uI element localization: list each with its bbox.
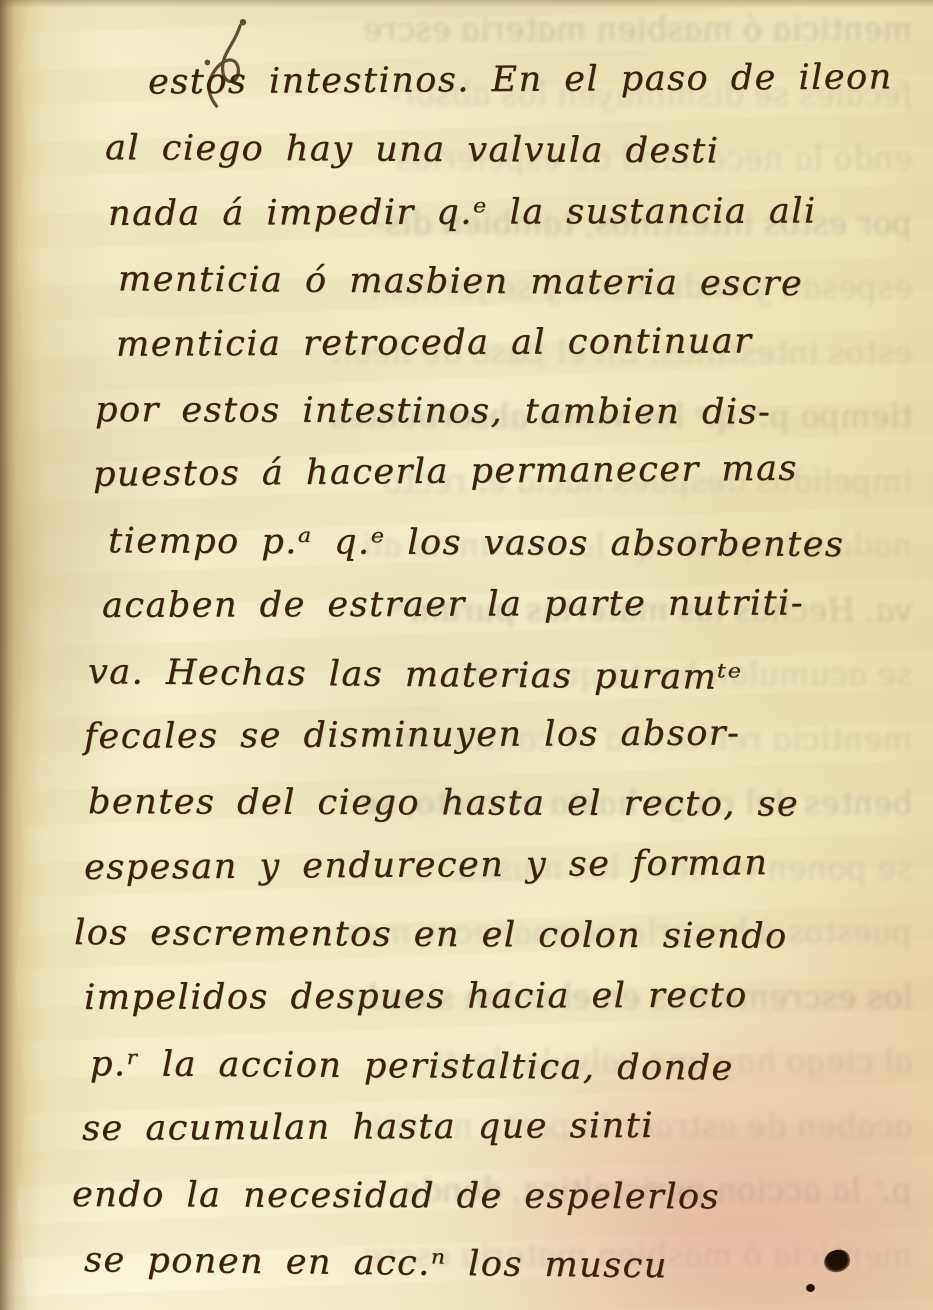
manuscript-text-block: estos intestinos. En el paso de ileon al… [70, 50, 913, 1292]
manuscript-line: los escrementos en el colon siendo [70, 900, 913, 970]
manuscript-line: acaben de estraer la parte nutriti- [70, 570, 913, 638]
manuscript-line: menticia retroceda al continuar [70, 307, 913, 377]
manuscript-line: se ponen en acc.ⁿ los muscu [70, 1227, 914, 1301]
manuscript-line: tiempo p.ᵃ q.ᵉ los vasos absorbentes [70, 508, 913, 578]
manuscript-page: menticia ó masbien materia escrefecales … [0, 0, 933, 1310]
top-edge-shadow [0, 0, 933, 8]
manuscript-line: al ciego hay una valvula desti [70, 115, 913, 185]
ghost-line: menticia ó masbien materia escre [27, 10, 915, 48]
ink-blot-dot-icon [806, 1284, 815, 1292]
manuscript-line: menticia ó masbien materia escre [70, 246, 913, 317]
manuscript-line: nada á impedir q.ᵉ la sustancia ali [70, 178, 913, 246]
manuscript-line: puestos á hacerla permanecer mas [70, 435, 914, 508]
manuscript-line: endo la necesidad de espelerlos [70, 1162, 913, 1230]
manuscript-line: estos intestinos. En el paso de ileon [70, 44, 913, 115]
torn-left-edge [0, 0, 30, 1310]
manuscript-line: impelidos despues hacia el recto [70, 963, 913, 1031]
manuscript-line: espesan y endurecen y se forman [70, 829, 913, 900]
manuscript-line: se acumulan hasta que sinti [70, 1092, 913, 1162]
manuscript-line: fecales se disminuyen los absor- [70, 699, 913, 769]
manuscript-line: bentes del ciego hasta el recto, se [70, 769, 913, 837]
